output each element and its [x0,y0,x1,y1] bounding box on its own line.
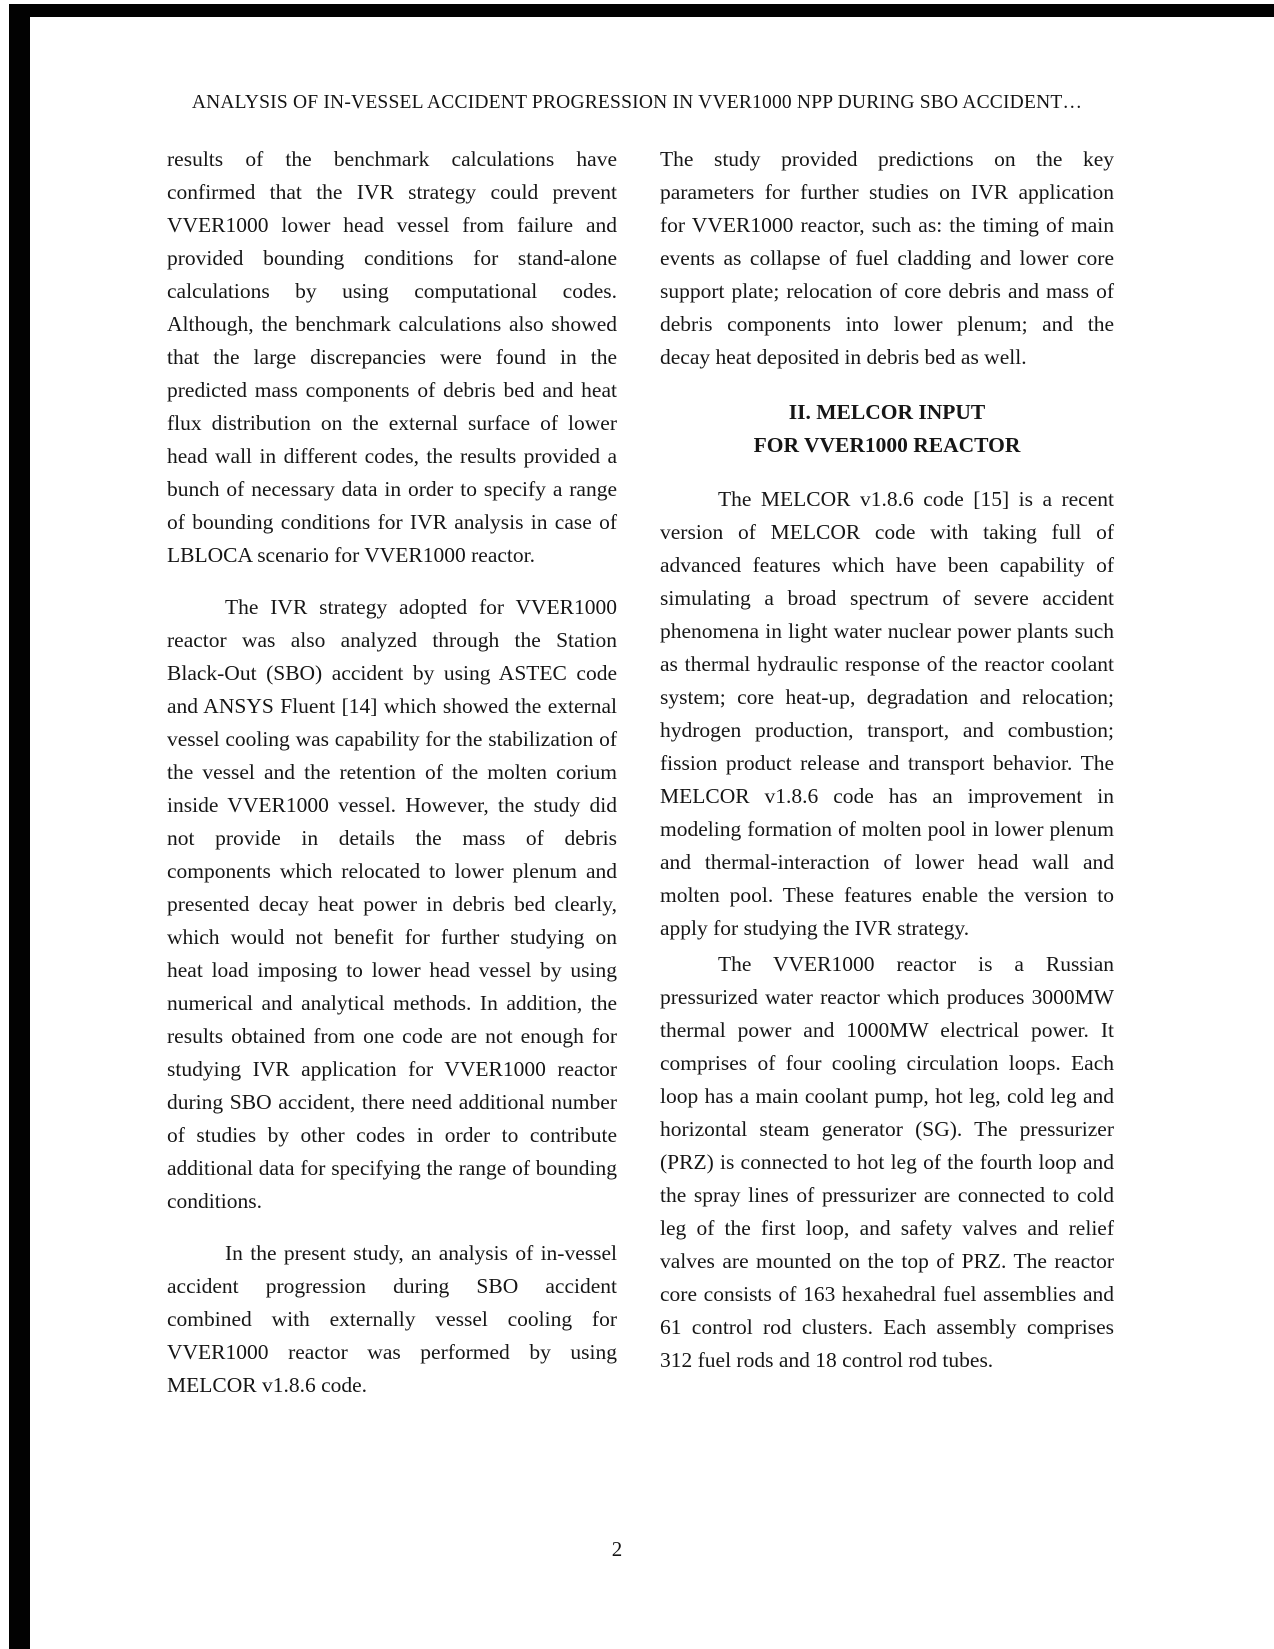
section-heading: II. MELCOR INPUT FOR VVER1000 REACTOR [660,396,1114,462]
body-paragraph: The study provided predictions on the ke… [660,143,1114,374]
section-heading-line1: II. MELCOR INPUT [660,396,1114,429]
body-paragraph: The IVR strategy adopted for VVER1000 re… [167,591,617,1218]
two-column-layout: results of the benchmark calculations ha… [167,143,1114,1421]
left-column: results of the benchmark calculations ha… [167,143,617,1421]
body-paragraph: In the present study, an analysis of in-… [167,1237,617,1402]
scan-artifact-top-bar [9,4,1274,17]
body-paragraph: results of the benchmark calculations ha… [167,143,617,572]
body-paragraph: The VVER1000 reactor is a Russian pressu… [660,948,1114,1377]
running-header: ANALYSIS OF IN-VESSEL ACCIDENT PROGRESSI… [117,90,1157,116]
section-heading-line2: FOR VVER1000 REACTOR [660,429,1114,462]
page-number: 2 [107,1534,1127,1564]
scan-artifact-left-bar [9,4,30,1649]
body-paragraph: The MELCOR v1.8.6 code [15] is a recent … [660,483,1114,945]
right-column: The study provided predictions on the ke… [660,143,1114,1421]
